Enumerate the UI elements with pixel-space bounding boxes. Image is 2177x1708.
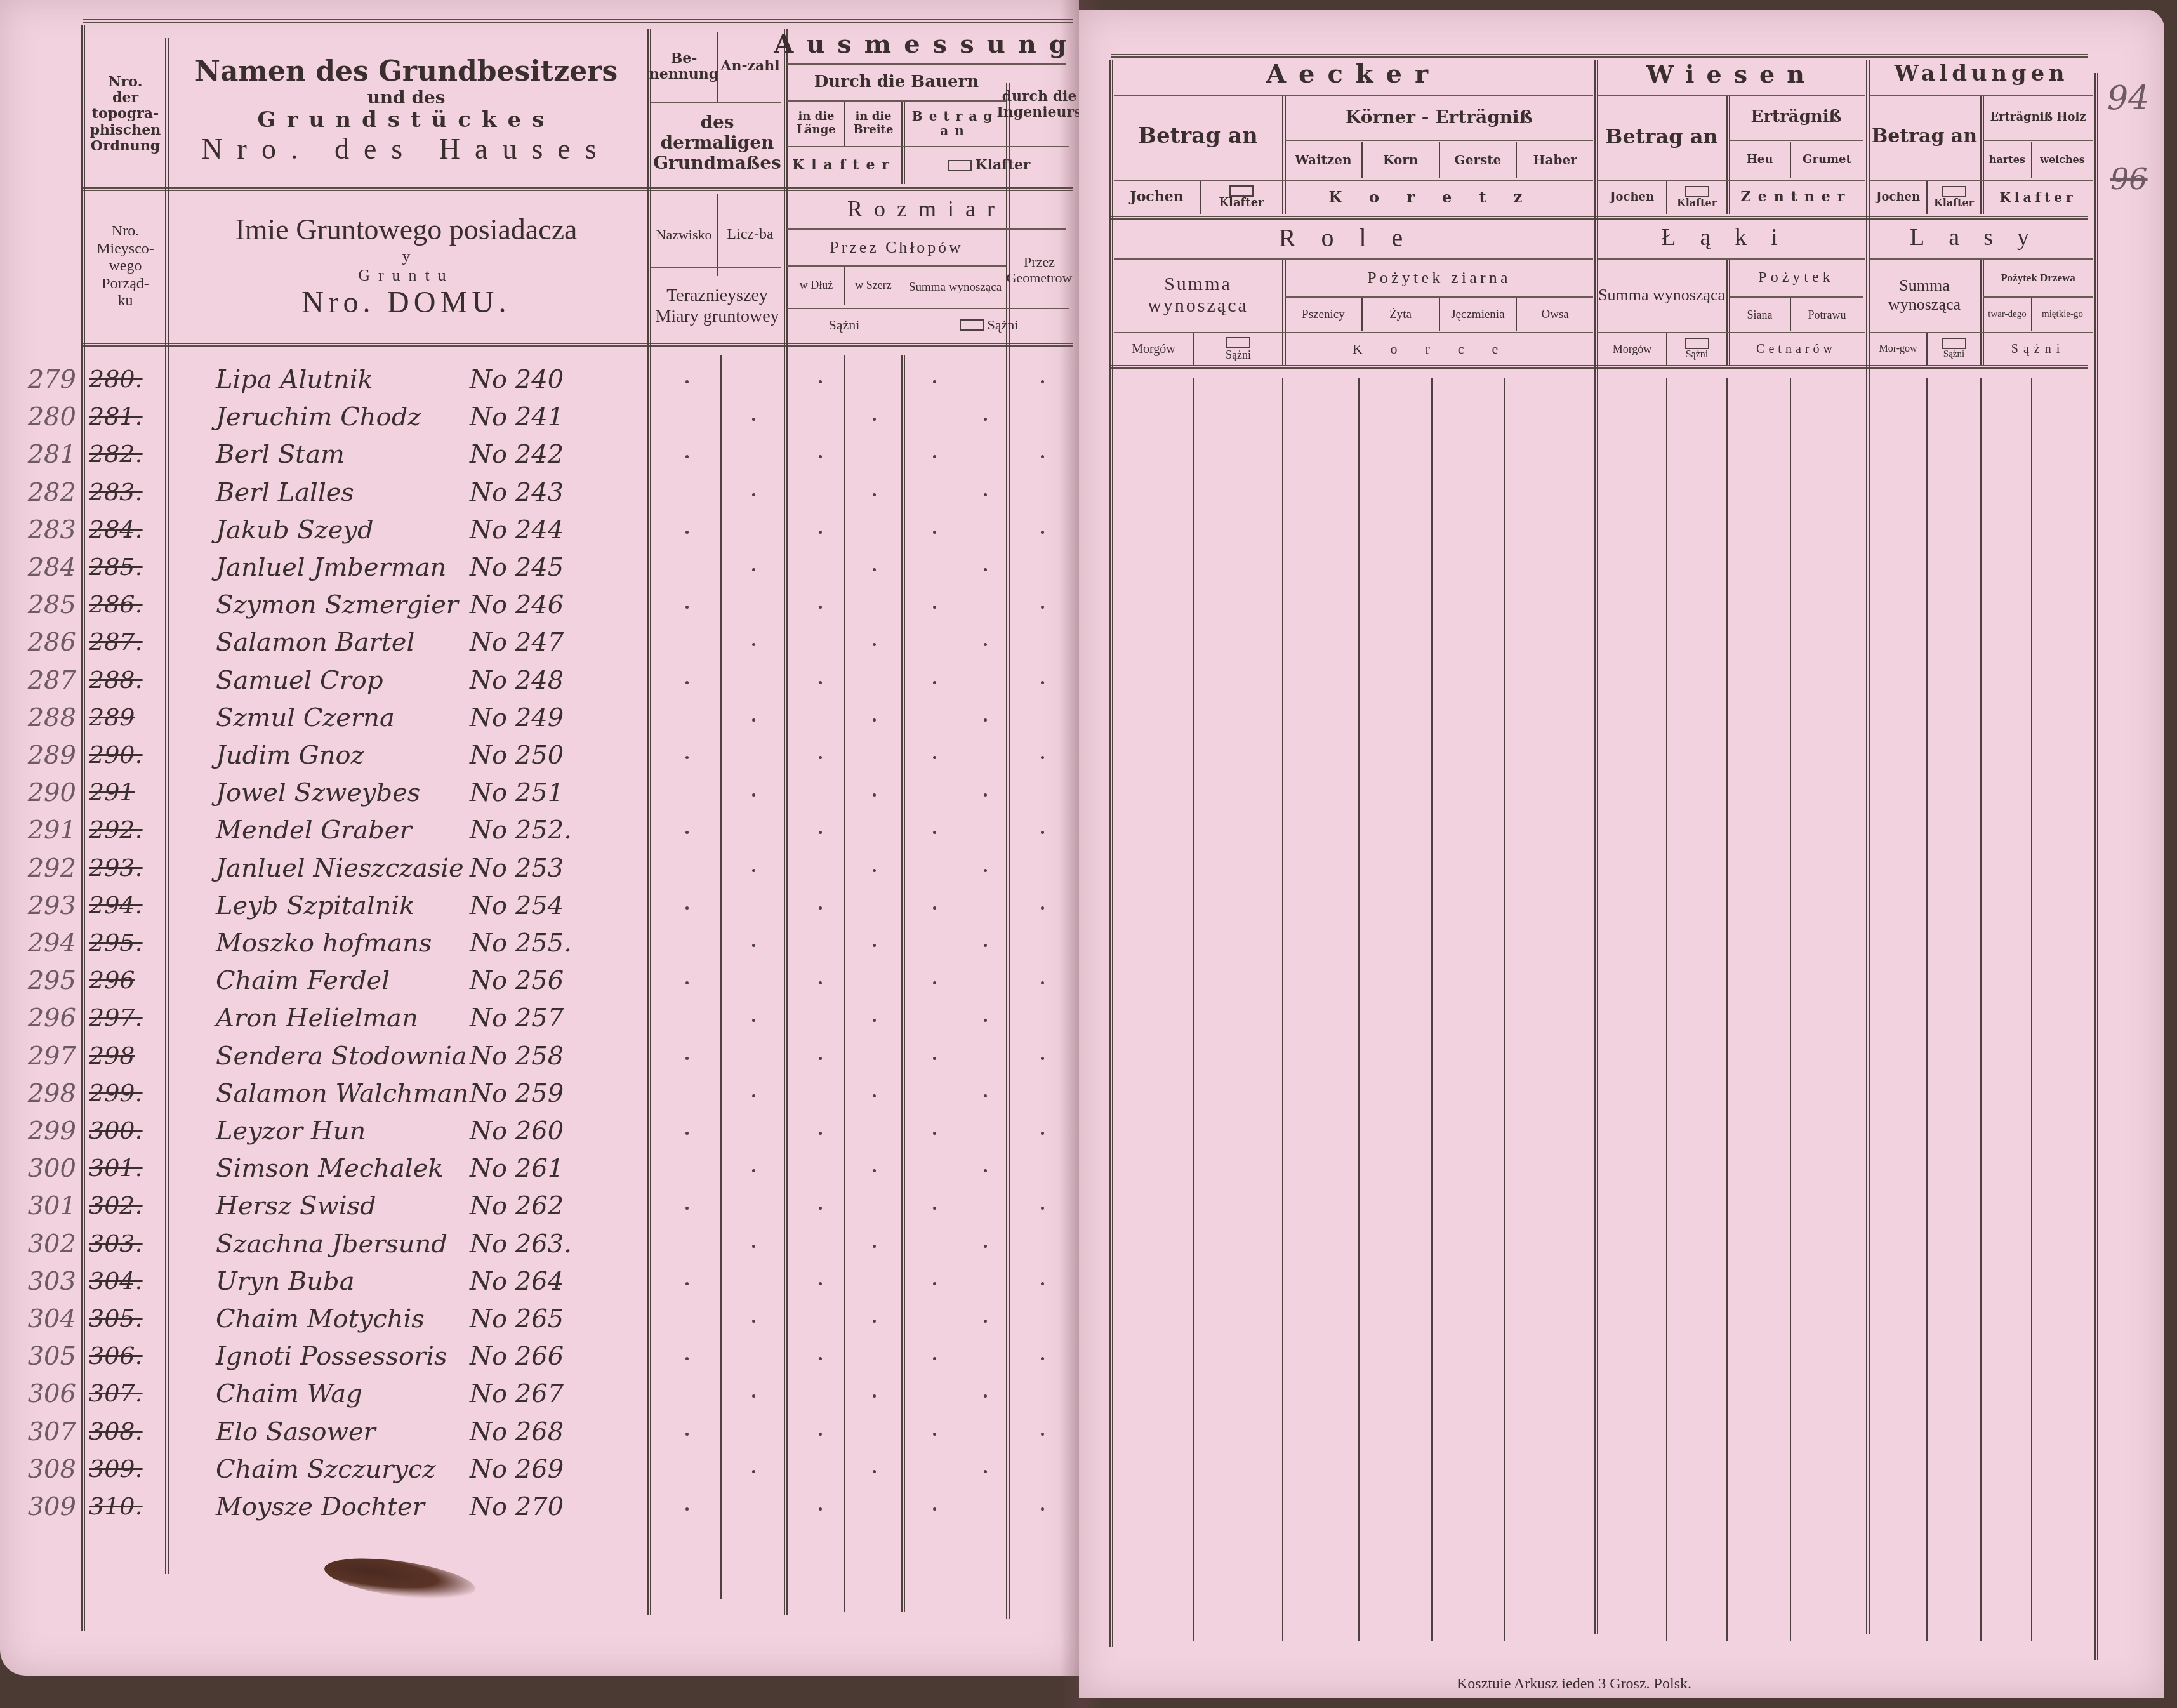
new-number-cell: 279	[6, 365, 76, 394]
owner-name-cell: Lipa Alutnik	[216, 365, 470, 394]
table-row: 291292.Mendel GraberNo 252.	[0, 816, 635, 852]
house-number-cell: No 262	[470, 1191, 584, 1221]
ink-dot	[752, 1019, 755, 1022]
ink-dot	[752, 643, 755, 646]
owner-name-cell: Hersz Swisd	[216, 1191, 470, 1221]
owner-heading-de: Namen des Grundbesitzers und des Grundst…	[171, 35, 641, 187]
house-number-cell: No 254	[470, 891, 584, 920]
wiesen-ertrag-rule	[1730, 140, 1863, 141]
table-row: 300301.Simson MechalekNo 261	[0, 1154, 635, 1191]
square-unit-icon	[1226, 337, 1250, 348]
heu-heading: Heu	[1730, 142, 1790, 178]
new-number-cell: 287	[6, 666, 76, 695]
ink-dot	[1041, 531, 1044, 534]
ink-dot	[984, 1394, 987, 1398]
new-number-cell: 281	[6, 440, 76, 469]
table-row: 309310.Moysze DochterNo 270	[0, 1492, 635, 1529]
table-row: 301302.Hersz SwisdNo 262	[0, 1191, 635, 1228]
house-number-cell: No 241	[470, 402, 584, 432]
role-ertrag-rule	[1285, 296, 1593, 298]
square-klafter-icon	[948, 160, 972, 171]
old-number-cell: 298	[89, 1042, 165, 1069]
table-row: 285286.Szymon SzmergierNo 246	[0, 590, 635, 627]
owner-name-cell: Aron Helielman	[216, 1003, 470, 1033]
ink-dot	[685, 756, 689, 759]
old-number-cell: 284.	[89, 515, 165, 543]
ink-dot	[752, 1094, 755, 1097]
ink-dot	[1041, 1057, 1044, 1060]
ink-dot	[984, 1019, 987, 1022]
table-row: 298299.Salamon WalchmanNo 259	[0, 1079, 635, 1116]
old-number-cell: 308.	[89, 1417, 165, 1445]
house-number-cell: No 243	[470, 478, 584, 507]
szerz-heading: w Szerz	[845, 267, 901, 303]
mietkiego-heading: miętkie-go	[2032, 298, 2093, 331]
ink-dot	[685, 1507, 689, 1511]
ink-dot	[685, 906, 689, 910]
ink-dot	[752, 1320, 755, 1323]
house-number-cell: No 270	[470, 1492, 584, 1521]
new-number-cell: 291	[6, 816, 76, 845]
ink-dot	[984, 718, 987, 722]
owner-name-cell: Chaim Ferdel	[216, 966, 470, 995]
ink-dot	[873, 869, 876, 872]
ink-dot	[1041, 1282, 1044, 1285]
hartes-heading: hartes	[1983, 142, 2031, 178]
wiesen-klafter-unit: Klafter	[1667, 181, 1726, 214]
laki-summa-heading: Summa wynosząca	[1598, 260, 1725, 330]
owner-name-cell: Chaim Motychis	[216, 1304, 470, 1334]
liczba-heading: Licz-ba	[718, 194, 782, 276]
grundmass-heading: des dermaligen Grundmaßes	[651, 105, 784, 181]
body-rule	[1358, 378, 1360, 1641]
table-row: 304305.Chaim MotychisNo 265	[0, 1304, 635, 1341]
laki-sazni-unit: Sążni	[1667, 333, 1726, 365]
ink-dot	[1041, 906, 1044, 910]
waldungen-heading: Waldungen	[1870, 55, 2093, 93]
ink-dot	[685, 1057, 689, 1060]
owner-name-cell: Salamon Walchman	[216, 1079, 470, 1108]
lasy-heading: Lasy	[1870, 219, 2093, 257]
ink-dot	[685, 380, 689, 383]
ink-dot	[873, 1470, 876, 1473]
header-bottom-rule	[83, 343, 1073, 347]
right-outer-rule	[1109, 60, 1113, 1647]
left-page: Nro. der topogra- phischen Ordnung Nro. …	[0, 0, 1079, 1676]
table-row: 290291Jowel SzweybesNo 251	[0, 778, 635, 815]
ausmessung-heading: Ausmessung	[787, 25, 1066, 63]
ink-dot	[819, 1282, 822, 1285]
drzewa-ertrag-heading: Pożytek Drzewa	[1983, 260, 2093, 295]
ink-dot	[873, 493, 876, 496]
ink-dot	[873, 643, 876, 646]
new-number-cell: 296	[6, 1003, 76, 1033]
body-rule	[901, 355, 905, 1612]
ink-dot	[685, 831, 689, 834]
chlopow-heading: Przez Chłopów	[787, 230, 1006, 265]
owner-name-cell: Berl Stam	[216, 440, 470, 469]
grain-heading: Haber	[1517, 142, 1593, 178]
ink-dot	[984, 1470, 987, 1473]
new-number-cell: 282	[6, 478, 76, 507]
ink-dot	[873, 944, 876, 947]
aecker-grain-headings: WaitzenKornGersteHaber	[1285, 142, 1593, 178]
role-sazni-unit: Sążni	[1194, 333, 1282, 365]
new-number-cell: 285	[6, 590, 76, 619]
old-number-cell: 293.	[89, 854, 165, 882]
ink-dot	[873, 718, 876, 722]
new-number-cell: 283	[6, 515, 76, 545]
lasy-summa-heading: Summa wynosząca	[1870, 260, 1979, 330]
ink-dot	[1041, 1132, 1044, 1135]
waldungen-betrag-heading: Betrag an	[1870, 98, 1979, 175]
old-number-cell: 300.	[89, 1116, 165, 1144]
body-rule	[1926, 378, 1928, 1641]
owner-name-cell: Szachna Jbersund	[216, 1229, 470, 1259]
ink-dot	[819, 1132, 822, 1135]
table-row: 293294.Leyb SzpitalnikNo 254	[0, 891, 635, 928]
new-number-cell: 300	[6, 1154, 76, 1183]
ink-dot	[685, 681, 689, 684]
zentner-unit: Zentner	[1730, 181, 1863, 214]
old-number-cell: 288.	[89, 666, 165, 694]
footer-price-note: Kosztuie Arkusz ieden 3 Grosz. Polsk.	[1352, 1676, 1796, 1693]
new-number-cell: 304	[6, 1304, 76, 1334]
holz-ertrag-heading: Erträgniß Holz	[1983, 98, 2093, 136]
table-row: 297298Sendera StodowniaNo 258	[0, 1042, 635, 1078]
house-number-cell: No 268	[470, 1417, 584, 1447]
new-number-cell: 293	[6, 891, 76, 920]
ink-dot	[984, 1320, 987, 1323]
body-rule	[720, 355, 722, 1599]
table-row: 295296Chaim FerdelNo 256	[0, 966, 635, 1003]
house-number-cell: No 261	[470, 1154, 584, 1183]
topo-order-heading-de: Nro. der topogra- phischen Ordnung	[86, 51, 165, 178]
ink-dot	[1041, 981, 1044, 984]
table-row: 305306.Ignoti PossessorisNo 266	[0, 1342, 635, 1379]
right-page: Aecker Betrag an Körner - Erträgniß Wait…	[1079, 10, 2164, 1698]
owner-name-cell: Samuel Crop	[216, 666, 470, 695]
grain-heading: Jęczmienia	[1440, 298, 1518, 331]
ink-dot	[685, 1132, 689, 1135]
house-number-cell: No 255.	[470, 929, 584, 958]
house-number-cell: No 269	[470, 1455, 584, 1484]
ink-dot	[1041, 455, 1044, 458]
drzewa-sazni-unit: Sążni	[1983, 333, 2093, 365]
body-rule	[1666, 378, 1667, 1641]
ink-dot	[933, 906, 936, 910]
owner-name-cell: Chaim Szczurycz	[216, 1455, 470, 1484]
ink-dot	[1041, 1207, 1044, 1210]
ink-dot	[1041, 380, 1044, 383]
ink-dot	[933, 1057, 936, 1060]
ink-dot	[819, 531, 822, 534]
new-number-cell: 295	[6, 966, 76, 995]
ink-dot	[752, 1394, 755, 1398]
holz-ertrag-rule	[1983, 140, 2093, 141]
ink-dot	[1041, 1507, 1044, 1511]
old-number-cell: 307.	[89, 1379, 165, 1407]
wiesen-betrag-heading: Betrag an	[1598, 98, 1725, 175]
new-number-cell: 294	[6, 929, 76, 958]
table-row: 302303.Szachna JbersundNo 263.	[0, 1229, 635, 1266]
owner-name-cell: Jowel Szweybes	[216, 778, 470, 807]
table-row: 292293.Janluel NieszczasieNo 253	[0, 854, 635, 890]
old-number-cell: 285.	[89, 553, 165, 581]
ink-dot	[685, 1433, 689, 1436]
square-sazni-icon	[960, 319, 984, 331]
table-row: 289290.Judim GnozNo 250	[0, 741, 635, 778]
ink-dot	[933, 831, 936, 834]
ink-dot	[1041, 1357, 1044, 1360]
new-number-cell: 292	[6, 854, 76, 883]
table-row: 294295.Moszko hofmansNo 255.	[0, 929, 635, 965]
new-number-cell: 305	[6, 1342, 76, 1371]
owner-name-cell: Ignoti Possessoris	[216, 1342, 470, 1371]
table-row: 282283.Berl LallesNo 243	[0, 478, 635, 515]
ink-dot	[1041, 681, 1044, 684]
header-top-rule	[83, 19, 1073, 23]
ink-dot	[819, 831, 822, 834]
body-rule	[1726, 378, 1728, 1641]
house-number-cell: No 260	[470, 1116, 584, 1146]
square-unit-icon	[1942, 338, 1966, 349]
ink-dot	[752, 493, 755, 496]
old-number-cell: 305.	[89, 1304, 165, 1332]
table-row: 284285.Janluel JmbermanNo 245	[0, 553, 635, 590]
ink-dot	[1041, 756, 1044, 759]
lasy-rule	[1870, 258, 2093, 260]
bauern-heading: Durch die Bauern	[787, 65, 1006, 100]
lasy-morgow-unit: Mor-gow	[1870, 333, 1926, 365]
holz-klafter-unit: Klafter	[1983, 181, 2093, 214]
new-number-cell: 303	[6, 1267, 76, 1296]
ink-dot	[933, 1433, 936, 1436]
ink-dot	[819, 606, 822, 609]
ink-dot	[819, 1507, 822, 1511]
table-row: 296297.Aron HelielmanNo 257	[0, 1003, 635, 1040]
ink-dot	[873, 1169, 876, 1172]
aecker-klafter-unit: Klafter	[1201, 181, 1282, 214]
old-number-cell: 309.	[89, 1455, 165, 1483]
ink-dot	[984, 1169, 987, 1172]
drzewa-ertrag-rule	[1983, 296, 2093, 298]
weiches-heading: weiches	[2032, 142, 2093, 178]
ink-dot	[752, 568, 755, 571]
new-number-cell: 298	[6, 1079, 76, 1108]
owner-name-cell: Judim Gnoz	[216, 741, 470, 770]
sazni-unit-2: Sążni	[904, 309, 1069, 341]
old-number-cell: 295.	[89, 929, 165, 957]
table-row: 307308.Elo SasowerNo 268	[0, 1417, 635, 1454]
laki-rule	[1598, 258, 1865, 260]
ink-dot	[752, 869, 755, 872]
new-number-cell: 307	[6, 1417, 76, 1447]
old-number-cell: 286.	[89, 590, 165, 618]
waldungen-jochen-unit: Jochen	[1870, 181, 1926, 214]
ink-blot	[322, 1551, 477, 1607]
grain-heading: Pszenicy	[1285, 298, 1363, 331]
topo-order-heading-pl: Nro. Mieysco- wego Porząd- ku	[86, 203, 165, 330]
table-row: 308309.Chaim SzczuryczNo 269	[0, 1455, 635, 1492]
klafter-unit-2: Klafter	[904, 147, 1069, 184]
house-number-cell: No 245	[470, 553, 584, 582]
owner-name-cell: Janluel Jmberman	[216, 553, 470, 582]
ink-dot	[819, 681, 822, 684]
owner-name-cell: Berl Lalles	[216, 478, 470, 507]
ink-dot	[933, 1282, 936, 1285]
old-number-cell: 290.	[89, 741, 165, 769]
body-rule	[1006, 355, 1010, 1612]
role-ertrag-heading: Pożytek ziarna	[1285, 260, 1593, 295]
ink-dot	[1041, 831, 1044, 834]
aecker-koretz-unit: Koretz	[1285, 181, 1593, 214]
body-rule	[1980, 378, 1982, 1641]
table-row: 303304.Uryn BubaNo 264	[0, 1267, 635, 1304]
right-edge-rule	[2094, 73, 2098, 1660]
bauern-rule	[787, 100, 1006, 102]
house-number-cell: No 251	[470, 778, 584, 807]
table-row: 287288.Samuel CropNo 248	[0, 666, 635, 703]
house-number-cell: No 258	[470, 1042, 584, 1071]
ink-dot	[933, 981, 936, 984]
old-number-cell: 302.	[89, 1191, 165, 1219]
new-number-cell: 302	[6, 1229, 76, 1259]
ink-dot	[984, 568, 987, 571]
house-number-cell: No 263.	[470, 1229, 584, 1259]
benennung-heading: Be-nennung	[651, 35, 717, 98]
body-rule	[1282, 378, 1283, 1641]
aecker-ertrag-rule	[1285, 140, 1593, 141]
body-rule	[784, 355, 788, 1612]
cetnarow-unit: Cetnarów	[1730, 333, 1863, 365]
new-number-cell: 286	[6, 628, 76, 657]
new-number-cell: 284	[6, 553, 76, 582]
ink-dot	[752, 1245, 755, 1248]
ink-dot	[819, 906, 822, 910]
nazwisko-rule	[651, 267, 781, 268]
grumet-heading: Grumet	[1791, 142, 1863, 178]
house-number-cell: No 259	[470, 1079, 584, 1108]
table-row: 279280.Lipa AlutnikNo 240	[0, 365, 635, 402]
miary-heading: Teraznieyszey Miary gruntowey	[651, 270, 784, 343]
house-number-cell: No 242	[470, 440, 584, 469]
table-row: 286287.Salamon BartelNo 247	[0, 628, 635, 665]
square-unit-icon	[1685, 186, 1709, 197]
house-number-cell: No 250	[470, 741, 584, 770]
house-number-cell: No 240	[470, 365, 584, 394]
role-summa-heading: Summa wynosząca	[1114, 260, 1282, 330]
ink-dot	[933, 380, 936, 383]
owner-name-cell: Janluel Nieszczasie	[216, 854, 470, 883]
benennung-rule	[651, 102, 781, 103]
laenge-heading: in die Länge	[788, 103, 844, 145]
ink-dot	[933, 1207, 936, 1210]
old-number-cell: 280.	[89, 365, 165, 393]
anzahl-heading: An-zahl	[718, 35, 782, 98]
ink-dot	[819, 1207, 822, 1210]
ink-dot	[819, 1433, 822, 1436]
old-number-cell: 282.	[89, 440, 165, 468]
old-number-cell: 287.	[89, 628, 165, 656]
owner-name-cell: Szymon Szmergier	[216, 590, 470, 619]
twardego-heading: twar-dego	[1983, 298, 2031, 331]
owner-name-cell: Salamon Bartel	[216, 628, 470, 657]
aecker-ertrag-heading: Körner - Erträgniß	[1285, 98, 1593, 136]
old-number-cell: 297.	[89, 1003, 165, 1031]
body-rule	[2031, 378, 2032, 1641]
ink-dot	[984, 869, 987, 872]
aecker-heading: Aecker	[1114, 55, 1593, 93]
ink-dot	[873, 1094, 876, 1097]
owner-heading-pl: Imie Gruntowego posiadacza y Gruntu Nro.…	[171, 194, 641, 340]
ink-dot	[984, 1245, 987, 1248]
ink-dot	[819, 1357, 822, 1360]
new-number-cell: 308	[6, 1455, 76, 1484]
grain-heading: Gerste	[1440, 142, 1518, 178]
klafter-unit-1: Klafter	[787, 147, 901, 184]
house-number-cell: No 253	[470, 854, 584, 883]
new-number-cell: 297	[6, 1042, 76, 1071]
old-number-cell: 291	[89, 778, 165, 806]
square-unit-icon	[1229, 185, 1254, 197]
rozmiar-heading: Rozmiar	[787, 190, 1066, 228]
ink-dot	[752, 1169, 755, 1172]
ink-dot	[873, 793, 876, 797]
laki-ertrag-rule	[1730, 296, 1863, 298]
role-morgow-unit: Morgów	[1114, 333, 1193, 365]
aecker-betrag-heading: Betrag an	[1114, 98, 1282, 175]
laki-ertrag-heading: Pożytek	[1730, 260, 1863, 295]
old-number-cell: 281.	[89, 402, 165, 430]
new-number-cell: 289	[6, 741, 76, 770]
sazni-unit-1: Sążni	[787, 309, 901, 341]
ink-dot	[685, 1357, 689, 1360]
ink-dot	[685, 606, 689, 609]
house-number-cell: No 247	[470, 628, 584, 657]
table-row: 299300.Leyzor HunNo 260	[0, 1116, 635, 1153]
ink-dot	[819, 380, 822, 383]
aecker-rule	[1114, 95, 1593, 96]
ink-dot	[984, 493, 987, 496]
old-number-cell: 292.	[89, 816, 165, 844]
ink-dot	[933, 1507, 936, 1511]
role-rule	[1114, 258, 1593, 260]
wiesen-ertrag-heading: Erträgniß	[1730, 98, 1863, 136]
table-row: 288289Szmul CzernaNo 249	[0, 703, 635, 740]
old-number-cell: 303.	[89, 1229, 165, 1257]
ink-dot	[873, 1320, 876, 1323]
house-number-cell: No 252.	[470, 816, 584, 845]
old-number-cell: 306.	[89, 1342, 165, 1370]
grain-heading: Waitzen	[1285, 142, 1363, 178]
grain-heading: Korn	[1363, 142, 1440, 178]
owner-name-cell: Uryn Buba	[216, 1267, 470, 1296]
house-number-cell: No 249	[470, 703, 584, 732]
old-number-cell: 299.	[89, 1079, 165, 1107]
ink-dot	[933, 1357, 936, 1360]
body-rule	[1193, 378, 1194, 1641]
role-grain-headings: PszenicyŻytaJęczmieniaOwsa	[1285, 298, 1593, 331]
ink-dot	[752, 418, 755, 421]
house-number-cell: No 256	[470, 966, 584, 995]
house-number-cell: No 257	[470, 1003, 584, 1033]
role-korce-unit: Korce	[1285, 333, 1593, 365]
waldungen-klafter-unit: Klafter	[1928, 181, 1980, 214]
ink-dot	[873, 1245, 876, 1248]
ink-dot	[819, 981, 822, 984]
siana-heading: Siana	[1730, 298, 1790, 331]
